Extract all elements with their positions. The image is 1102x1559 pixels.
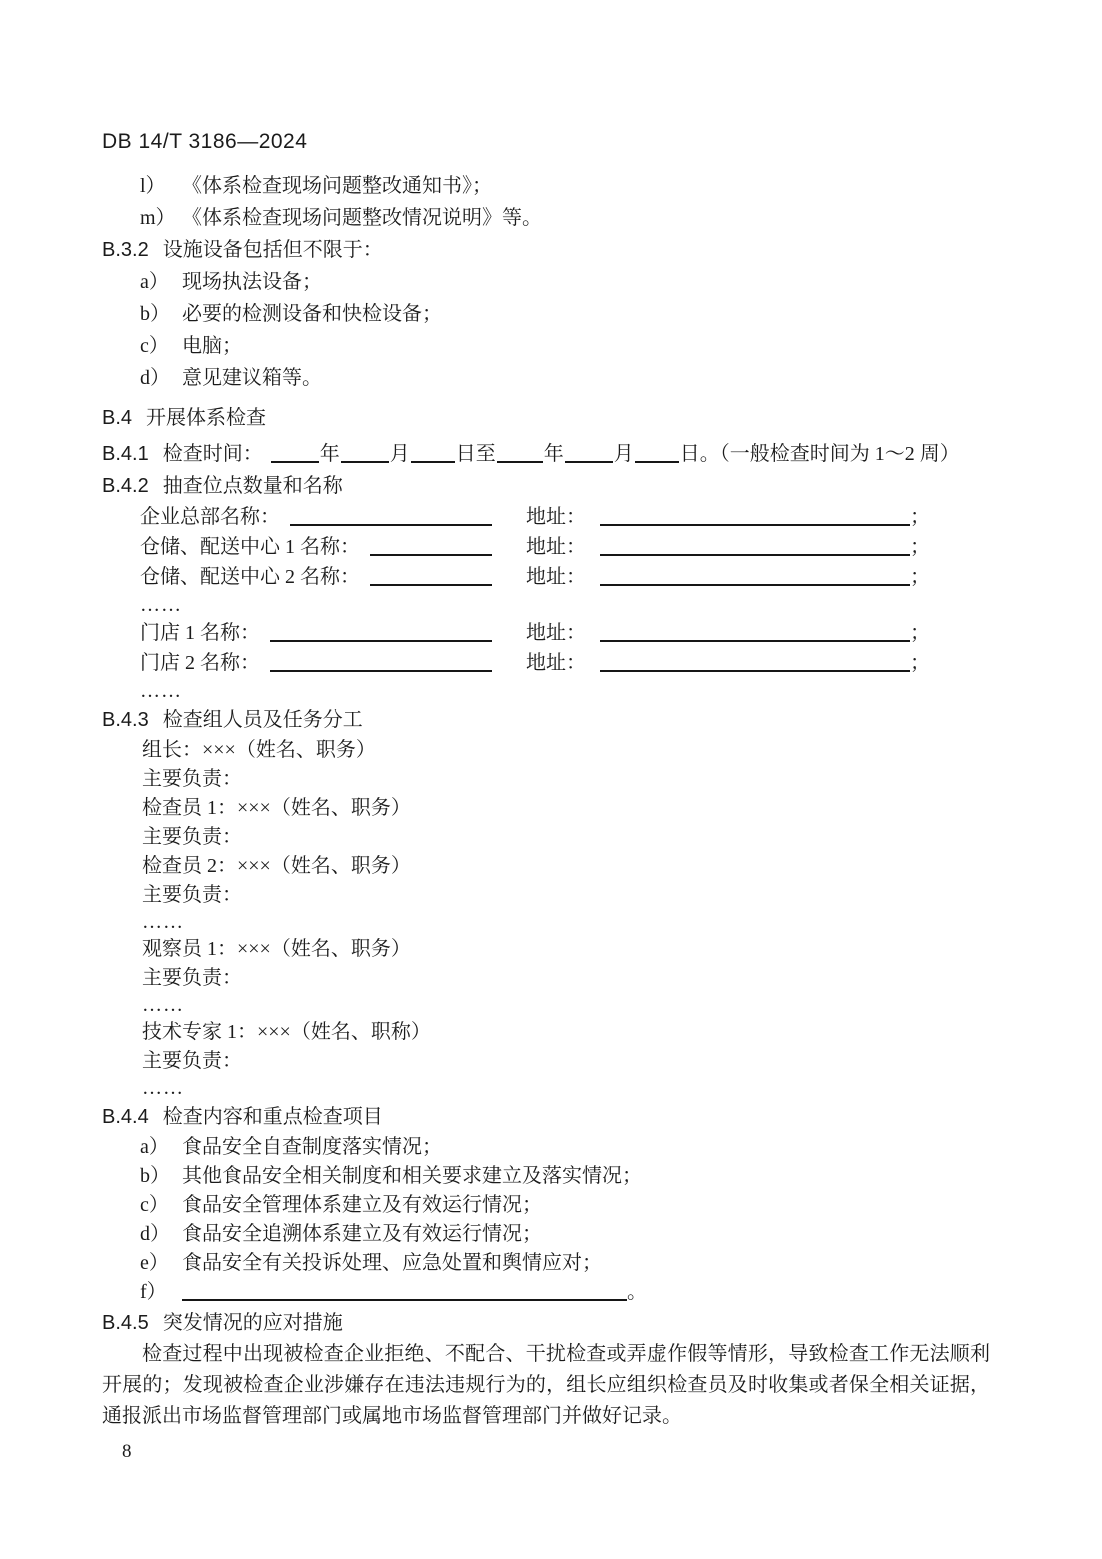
name-label: 门店 1 名称： — [140, 618, 260, 648]
list-lm: l）《体系检查现场问题整改通知书》； m）《体系检查现场问题整改情况说明》等。 — [102, 170, 1002, 234]
list-marker: l） — [140, 170, 182, 202]
list-marker: d） — [140, 362, 182, 394]
item-f-blank-field — [182, 1285, 627, 1301]
row-semicolon: ； — [910, 532, 930, 562]
roster-line-duty: 主要负责： — [102, 881, 1002, 910]
list-item-text: 电脑； — [182, 335, 242, 357]
clause-title: 设施设备包括但不限于： — [163, 239, 383, 261]
row-semicolon: ； — [910, 648, 930, 678]
name-blank-field — [270, 625, 492, 642]
item-f-period: 。 — [627, 1281, 647, 1303]
list-item-text: 《体系检查现场问题整改通知书》； — [182, 175, 492, 197]
document-page: DB 14/T 3186—2024 l）《体系检查现场问题整改通知书》； m）《… — [0, 0, 1102, 1559]
address-blank-field — [600, 509, 910, 526]
ellipsis-line: …… — [102, 1076, 1002, 1101]
list-item-text: 现场执法设备； — [182, 271, 322, 293]
clause-number: B.3.2 — [102, 239, 149, 261]
list-item-a: a）食品安全自查制度落实情况； — [102, 1133, 1002, 1162]
list-b44: a）食品安全自查制度落实情况； b）其他食品安全相关制度和相关要求建立及落实情况… — [102, 1133, 1002, 1307]
clause-b45-heading: B.4.5突发情况的应对措施 — [102, 1307, 1002, 1339]
year-blank-field — [271, 447, 319, 463]
roster-line-duty: 主要负责： — [102, 964, 1002, 993]
clause-number: B.4.1 — [102, 443, 149, 465]
clause-title: 检查内容和重点检查项目 — [163, 1106, 383, 1128]
list-item-d: d）食品安全追溯体系建立及有效运行情况； — [102, 1220, 1002, 1249]
clause-title: 检查组人员及任务分工 — [163, 709, 363, 731]
list-item-f: f）。 — [102, 1278, 1002, 1307]
address-blank-field — [600, 625, 910, 642]
name-label: 门店 2 名称： — [140, 648, 260, 678]
list-item-text: 食品安全管理体系建立及有效运行情况； — [182, 1194, 542, 1216]
clause-b41-date-line: B.4.1检查时间：年月日至年月日。（一般检查时间为 1～2 周） — [102, 438, 1002, 470]
list-item-text: 意见建议箱等。 — [182, 367, 322, 389]
year-blank-field — [497, 447, 543, 463]
clause-number: B.4 — [102, 407, 132, 429]
list-marker: b） — [140, 298, 182, 330]
day-blank-field — [411, 447, 455, 463]
address-label: 地址： — [526, 562, 586, 592]
clause-number: B.4.4 — [102, 1106, 149, 1128]
list-item-b: b）必要的检测设备和快检设备； — [102, 298, 1002, 330]
clause-b4-heading: B.4开展体系检查 — [102, 402, 1002, 434]
doc-code: DB 14/T 3186—2024 — [102, 130, 1002, 154]
list-item-text: 食品安全自查制度落实情况； — [182, 1136, 442, 1158]
list-marker: c） — [140, 330, 182, 362]
row-semicolon: ； — [910, 618, 930, 648]
list-item-l: l）《体系检查现场问题整改通知书》； — [102, 170, 1002, 202]
address-blank-field — [600, 569, 910, 586]
list-item-b: b）其他食品安全相关制度和相关要求建立及落实情况； — [102, 1162, 1002, 1191]
list-marker: m） — [140, 202, 182, 234]
list-item-text: 食品安全有关投诉处理、应急处置和舆情应对； — [182, 1252, 602, 1274]
list-item-c: c）电脑； — [102, 330, 1002, 362]
name-blank-field — [270, 655, 492, 672]
list-item-d: d）意见建议箱等。 — [102, 362, 1002, 394]
clause-number: B.4.2 — [102, 475, 149, 497]
list-marker: a） — [140, 266, 182, 298]
clause-b44-heading: B.4.4检查内容和重点检查项目 — [102, 1101, 1002, 1133]
year-label: 年 — [544, 443, 564, 465]
day-to-label: 日至 — [456, 443, 496, 465]
list-marker: a） — [140, 1133, 182, 1162]
day-blank-field — [635, 447, 679, 463]
list-item-text: 《体系检查现场问题整改情况说明》等。 — [182, 207, 542, 229]
name-blank-field — [370, 569, 492, 586]
team-roster: 组长：×××（姓名、职务） 主要负责： 检查员 1：×××（姓名、职务） 主要负… — [102, 736, 1002, 1101]
name-blank-field — [370, 539, 492, 556]
roster-line-duty: 主要负责： — [102, 1047, 1002, 1076]
list-item-text: 食品安全追溯体系建立及有效运行情况； — [182, 1223, 542, 1245]
roster-line-expert-1: 技术专家 1：×××（姓名、职称） — [102, 1018, 1002, 1047]
roster-line-observer-1: 观察员 1：×××（姓名、职务） — [102, 935, 1002, 964]
list-marker: e） — [140, 1249, 182, 1278]
form-row-headquarters: 企业总部名称： 地址： ； — [102, 502, 1002, 532]
row-semicolon: ； — [910, 562, 930, 592]
ellipsis-line: …… — [102, 592, 1002, 618]
form-row-store-2: 门店 2 名称： 地址： ； — [102, 648, 1002, 678]
list-marker: b） — [140, 1162, 182, 1191]
duration-note: （一般检查时间为 1～2 周） — [720, 443, 960, 465]
roster-line-duty: 主要负责： — [102, 823, 1002, 852]
address-label: 地址： — [526, 618, 586, 648]
ellipsis-line: …… — [102, 678, 1002, 704]
page-number: 8 — [102, 1440, 1002, 1464]
list-marker: f） — [140, 1278, 182, 1307]
address-label: 地址： — [526, 532, 586, 562]
form-row-warehouse-2: 仓储、配送中心 2 名称： 地址： ； — [102, 562, 1002, 592]
month-label: 月 — [390, 443, 410, 465]
clause-number: B.4.3 — [102, 709, 149, 731]
list-item-text: 必要的检测设备和快检设备； — [182, 303, 442, 325]
address-label: 地址： — [526, 502, 586, 532]
row-semicolon: ； — [910, 502, 930, 532]
clause-b42-heading: B.4.2抽查位点数量和名称 — [102, 470, 1002, 502]
month-blank-field — [565, 447, 613, 463]
list-item-a: a）现场执法设备； — [102, 266, 1002, 298]
roster-line-duty: 主要负责： — [102, 765, 1002, 794]
month-blank-field — [341, 447, 389, 463]
clause-b45-paragraph: 检查过程中出现被检查企业拒绝、不配合、干扰检查或弄虚作假等情形，导致检查工作无法… — [102, 1339, 990, 1432]
form-row-store-1: 门店 1 名称： 地址： ； — [102, 618, 1002, 648]
month-label: 月 — [614, 443, 634, 465]
roster-line-inspector-2: 检查员 2：×××（姓名、职务） — [102, 852, 1002, 881]
clause-b32-heading: B.3.2设施设备包括但不限于： — [102, 234, 1002, 266]
name-label: 仓储、配送中心 1 名称： — [140, 532, 360, 562]
address-blank-field — [600, 539, 910, 556]
clause-number: B.4.5 — [102, 1312, 149, 1334]
roster-line-inspector-1: 检查员 1：×××（姓名、职务） — [102, 794, 1002, 823]
ellipsis-line: …… — [102, 993, 1002, 1018]
year-label: 年 — [320, 443, 340, 465]
list-item-c: c）食品安全管理体系建立及有效运行情况； — [102, 1191, 1002, 1220]
list-item-m: m）《体系检查现场问题整改情况说明》等。 — [102, 202, 1002, 234]
name-label: 仓储、配送中心 2 名称： — [140, 562, 360, 592]
address-label: 地址： — [526, 648, 586, 678]
name-blank-field — [290, 509, 492, 526]
clause-title: 检查时间： — [163, 443, 263, 465]
list-marker: d） — [140, 1220, 182, 1249]
roster-line-leader: 组长：×××（姓名、职务） — [102, 736, 1002, 765]
clause-title: 突发情况的应对措施 — [163, 1312, 343, 1334]
address-blank-field — [600, 655, 910, 672]
list-marker: c） — [140, 1191, 182, 1220]
clause-title: 抽查位点数量和名称 — [163, 475, 343, 497]
day-end-label: 日。 — [680, 443, 720, 465]
list-item-e: e）食品安全有关投诉处理、应急处置和舆情应对； — [102, 1249, 1002, 1278]
clause-b43-heading: B.4.3检查组人员及任务分工 — [102, 704, 1002, 736]
list-b32: a）现场执法设备； b）必要的检测设备和快检设备； c）电脑； d）意见建议箱等… — [102, 266, 1002, 394]
form-row-warehouse-1: 仓储、配送中心 1 名称： 地址： ； — [102, 532, 1002, 562]
ellipsis-line: …… — [102, 910, 1002, 935]
name-label: 企业总部名称： — [140, 502, 280, 532]
clause-title: 开展体系检查 — [146, 407, 266, 429]
list-item-text: 其他食品安全相关制度和相关要求建立及落实情况； — [182, 1165, 642, 1187]
